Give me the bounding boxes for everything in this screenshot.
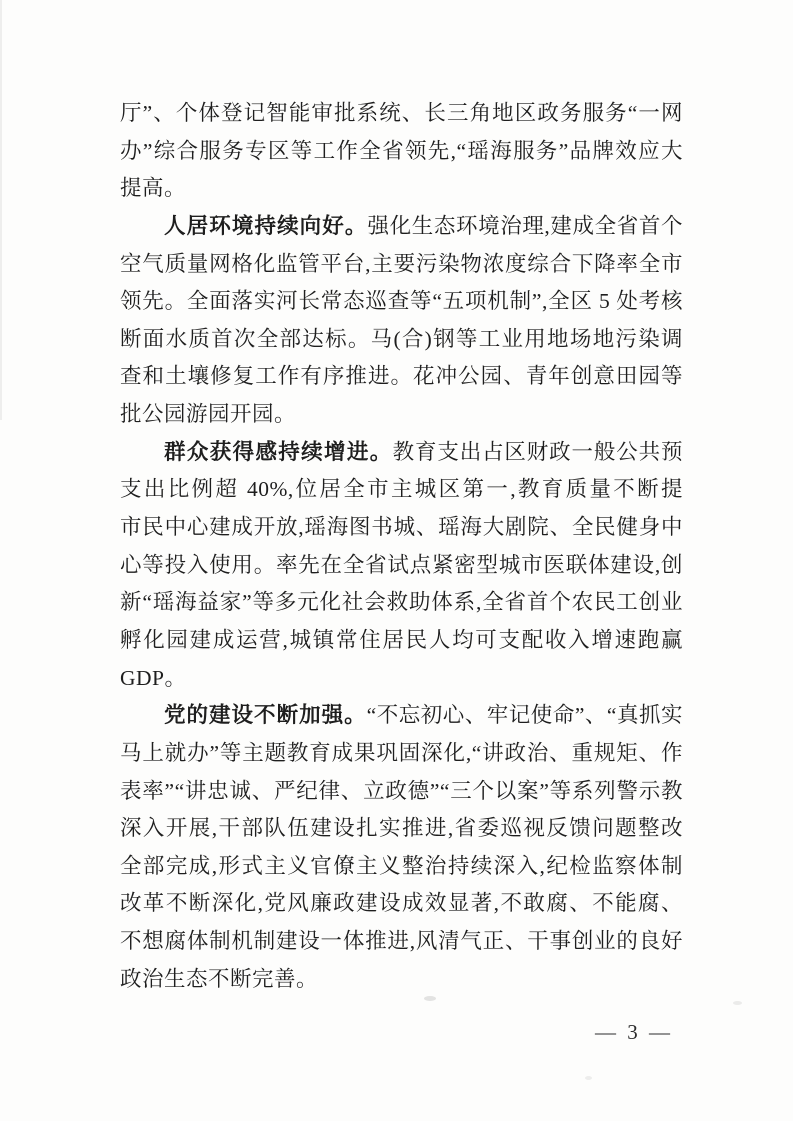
page-number: — 3 — [595, 1020, 673, 1045]
text-line: 政治生态不断完善。 [120, 961, 683, 999]
text-line: 心等投入使用。率先在全省试点紧密型城市医联体建设,创 [120, 547, 683, 585]
text-line: 厅”、个体登记智能审批系统、长三角地区政务服务“一网通 [120, 95, 683, 133]
paragraph-text: 政治生态不断完善。 [120, 967, 318, 991]
paragraph-text: 深入开展,干部队伍建设扎实推进,省委巡视反馈问题整改 [120, 816, 683, 840]
paragraph-text: 查和土壤修复工作有序推进。花冲公园、青年创意田园等一 [120, 364, 683, 396]
text-line: 群众获得感持续增进。教育支出占区财政一般公共预算 [120, 434, 683, 472]
text-line: 全部完成,形式主义官僚主义整治持续深入,纪检监察体制 [120, 848, 683, 886]
text-line: 人居环境持续向好。强化生态环境治理,建成全省首个 [120, 208, 683, 246]
text-line: 党的建设不断加强。“不忘初心、牢记使命”、“真抓实干, [120, 697, 683, 735]
text-line: 批公园游园开园。 [120, 396, 683, 434]
body-text-block: 厅”、个体登记智能审批系统、长三角地区政务服务“一网通办”综合服务专区等工作全省… [120, 95, 683, 998]
paragraph-text: 新“瑶海益家”等多元化社会救助体系,全省首个农民工创业 [120, 590, 683, 614]
paragraph-text: 厅”、个体登记智能审批系统、长三角地区政务服务“一网通 [120, 101, 683, 133]
paragraph-lead-bold: 党的建设不断加强。 [164, 703, 367, 727]
paragraph-text: 办”综合服务专区等工作全省领先,“瑶海服务”品牌效应大幅 [120, 139, 683, 171]
scan-edge-artifact [0, 0, 2, 420]
text-line: 表率”“讲忠诚、严纪律、立政德”“三个以案”等系列警示教育 [120, 773, 683, 811]
text-line: 市民中心建成开放,瑶海图书城、瑶海大剧院、全民健身中 [120, 509, 683, 547]
text-line: 领先。全面落实河长常态巡查等“五项机制”,全区 5 处考核 [120, 283, 683, 321]
text-line: 孵化园建成运营,城镇常住居民人均可支配收入增速跑赢 [120, 622, 683, 660]
paragraph-text: GDP。 [120, 666, 187, 690]
text-line: 断面水质首次全部达标。马(合)钢等工业用地场地污染调 [120, 321, 683, 359]
paragraph-text: 强化生态环境治理,建成全省首个 [368, 214, 683, 238]
document-page: 厅”、个体登记智能审批系统、长三角地区政务服务“一网通办”综合服务专区等工作全省… [0, 0, 793, 1121]
text-line: 新“瑶海益家”等多元化社会救助体系,全省首个农民工创业 [120, 584, 683, 622]
scan-artifact [585, 1076, 592, 1080]
text-line: 提高。 [120, 170, 683, 208]
scan-artifact [733, 1001, 742, 1005]
paragraph-text: 不想腐体制机制建设一体推进,风清气正、干事创业的良好 [120, 929, 683, 953]
paragraph-text: 批公园游园开园。 [120, 402, 296, 426]
paragraph-text: 表率”“讲忠诚、严纪律、立政德”“三个以案”等系列警示教育 [120, 779, 683, 811]
text-line: 支出比例超 40%,位居全市主城区第一,教育质量不断提升。 [120, 471, 683, 509]
text-line: 马上就办”等主题教育成果巩固深化,“讲政治、重规矩、作 [120, 735, 683, 773]
paragraph-text: 马上就办”等主题教育成果巩固深化,“讲政治、重规矩、作 [120, 741, 683, 765]
paragraph-text: 支出比例超 40%,位居全市主城区第一,教育质量不断提升。 [120, 477, 683, 509]
paragraph-text: 心等投入使用。率先在全省试点紧密型城市医联体建设,创 [120, 553, 683, 577]
paragraph-text: 改革不断深化,党风廉政建设成效显著,不敢腐、不能腐、 [120, 891, 683, 915]
paragraph-text: 断面水质首次全部达标。马(合)钢等工业用地场地污染调 [120, 327, 683, 351]
text-line: 办”综合服务专区等工作全省领先,“瑶海服务”品牌效应大幅 [120, 133, 683, 171]
text-line: 不想腐体制机制建设一体推进,风清气正、干事创业的良好 [120, 923, 683, 961]
text-line: 查和土壤修复工作有序推进。花冲公园、青年创意田园等一 [120, 358, 683, 396]
paragraph-text: 市民中心建成开放,瑶海图书城、瑶海大剧院、全民健身中 [120, 515, 683, 539]
text-line: 空气质量网格化监管平台,主要污染物浓度综合下降率全市 [120, 246, 683, 284]
paragraph-text: 领先。全面落实河长常态巡查等“五项机制”,全区 5 处考核 [120, 289, 683, 313]
paragraph-text: 提高。 [120, 176, 186, 200]
paragraph-text: 全部完成,形式主义官僚主义整治持续深入,纪检监察体制 [120, 854, 683, 878]
paragraph-lead-bold: 群众获得感持续增进。 [164, 440, 393, 464]
paragraph-text: 空气质量网格化监管平台,主要污染物浓度综合下降率全市 [120, 252, 683, 276]
text-line: 深入开展,干部队伍建设扎实推进,省委巡视反馈问题整改 [120, 810, 683, 848]
text-line: 改革不断深化,党风廉政建设成效显著,不敢腐、不能腐、 [120, 885, 683, 923]
text-line: GDP。 [120, 660, 683, 698]
paragraph-text: 孵化园建成运营,城镇常住居民人均可支配收入增速跑赢 [120, 628, 683, 652]
paragraph-lead-bold: 人居环境持续向好。 [164, 214, 368, 238]
scan-artifact [424, 996, 436, 1001]
